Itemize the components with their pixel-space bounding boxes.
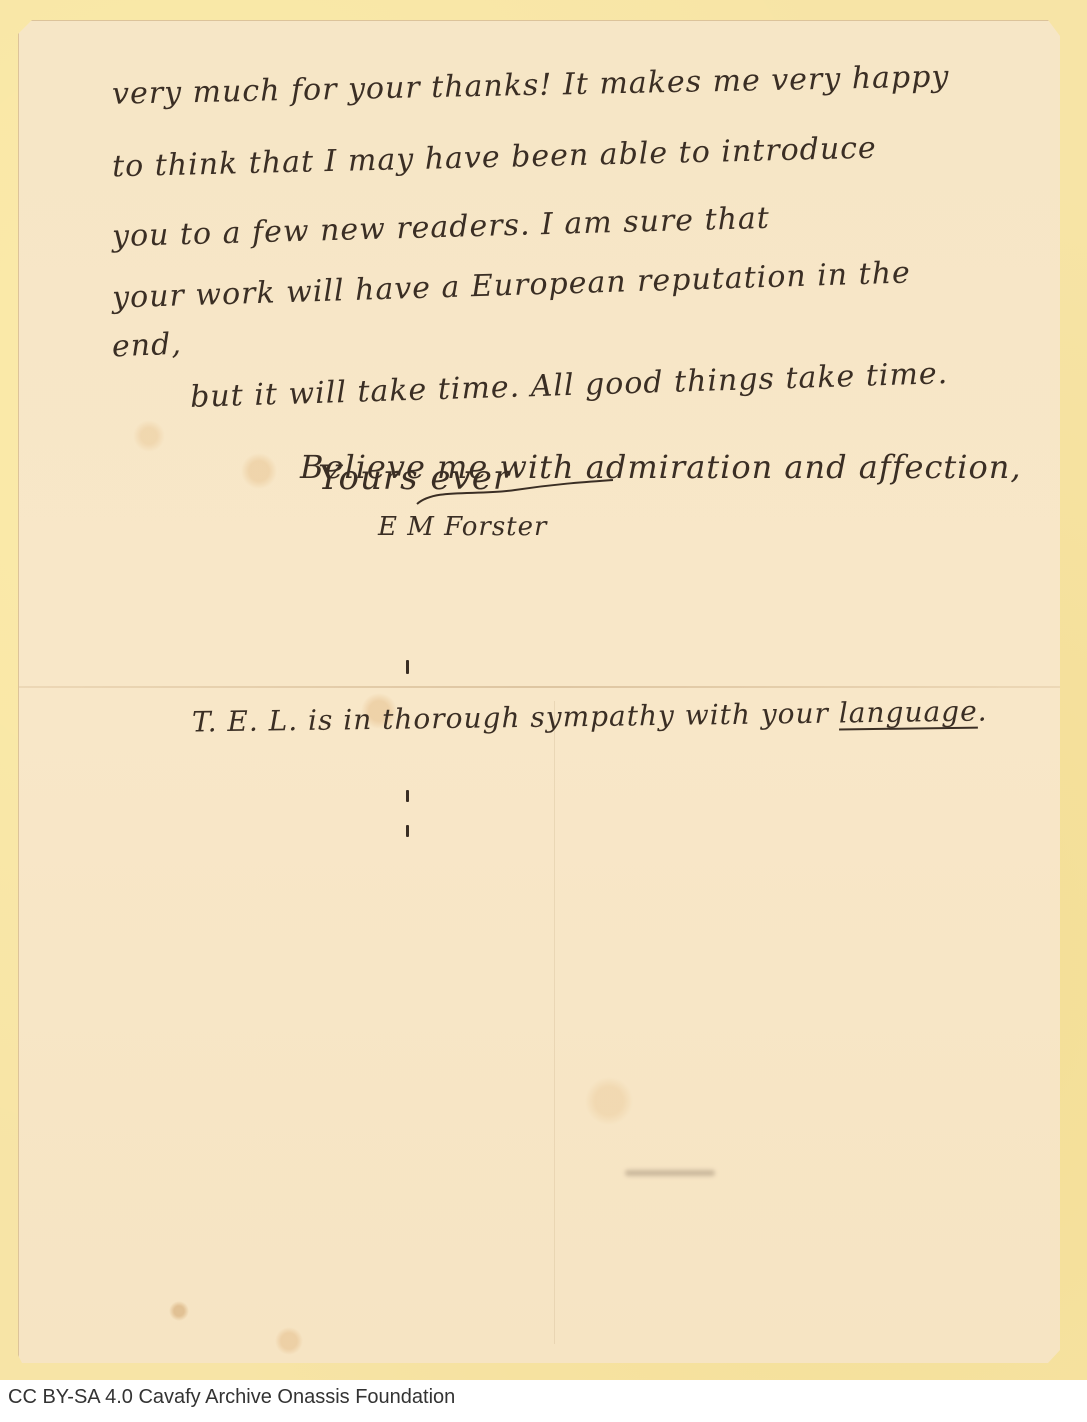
ink-smudge (625, 1170, 715, 1176)
pencil-mark (406, 660, 409, 674)
pencil-mark (406, 825, 409, 837)
letter-line-5: end, (111, 327, 182, 365)
signature-flourish-icon (415, 478, 615, 508)
postscript-period: . (977, 694, 987, 727)
license-credit: CC BY-SA 4.0 Cavafy Archive Onassis Foun… (8, 1386, 455, 1409)
pencil-mark (406, 790, 409, 802)
horizontal-fold-line (19, 686, 1061, 688)
signature: E M Forster (378, 512, 547, 542)
archival-mount-background: very much for your thanks! It makes me v… (0, 0, 1087, 1380)
vertical-fold-line (554, 701, 555, 1344)
postscript-underlined-word: language (839, 695, 978, 730)
